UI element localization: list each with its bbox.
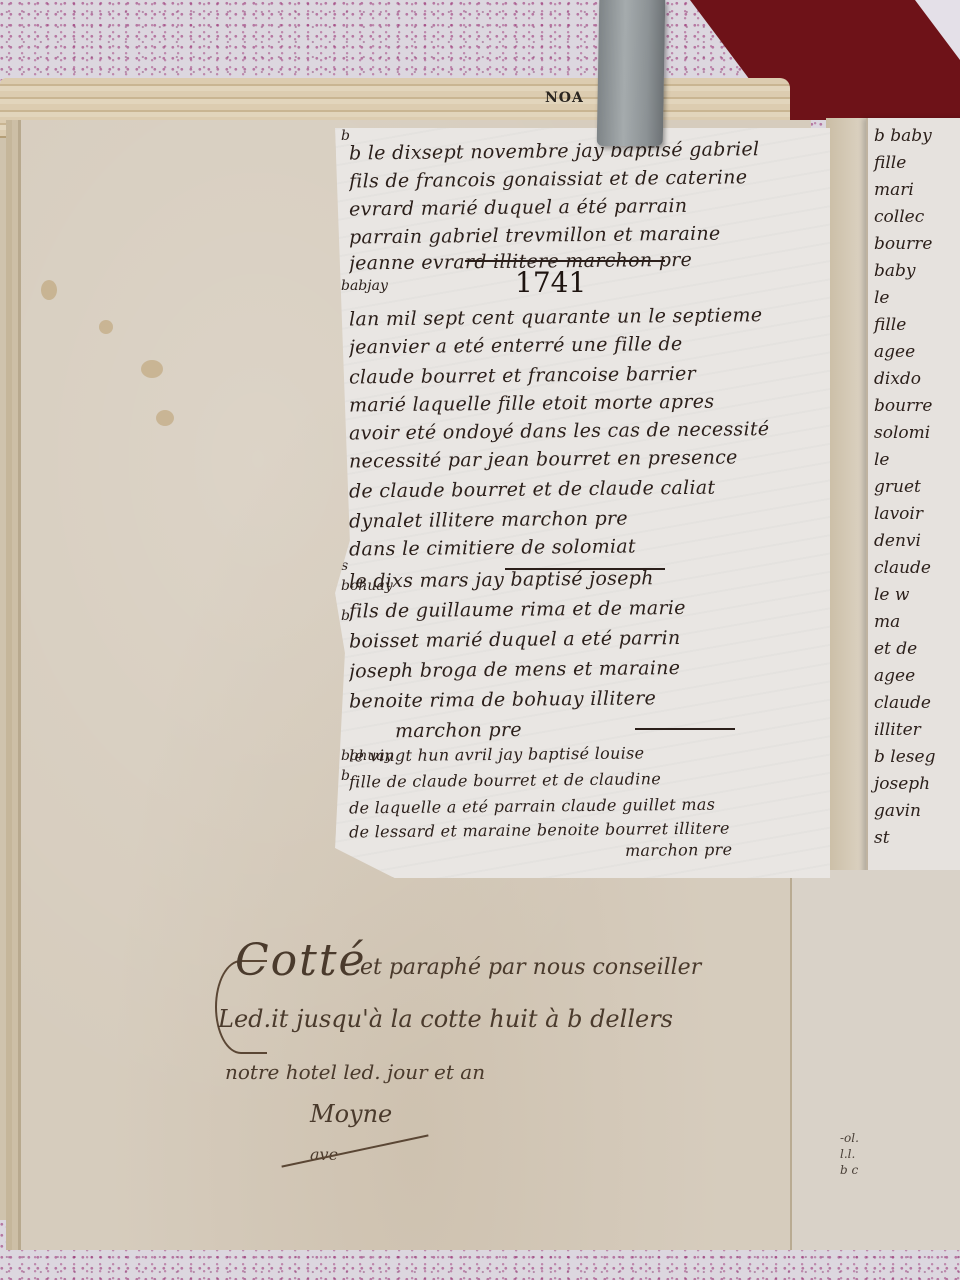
slip-text-line: necessité par jean bourret en presence <box>349 446 820 473</box>
right-page-line: mari <box>874 180 914 200</box>
slip-text-line: marié laquelle fille etoit morte apres <box>349 390 820 417</box>
slip-text-line: dans le cimitiere de solomiat <box>349 534 820 561</box>
pencil-note: b c <box>840 1162 859 1178</box>
right-page-line: illiter <box>874 720 921 740</box>
right-page-line: agee <box>874 342 915 362</box>
slip-text-line: le dixs mars jay baptisé joseph <box>349 566 820 593</box>
pencil-note: l.l. <box>840 1146 859 1162</box>
right-page-line: bourre <box>874 396 932 416</box>
slip-text-line: fils de guillaume rima et de marie <box>349 596 820 623</box>
right-page-line: baby <box>874 261 916 281</box>
slip-text-line: de lessard et maraine benoite bourret il… <box>349 818 820 842</box>
right-page-line: b baby <box>874 126 932 146</box>
note-title: Cotté <box>235 935 367 986</box>
stain <box>141 360 163 378</box>
stain <box>156 410 174 426</box>
pencil-notes: -ol. l.l. b c <box>840 1130 859 1178</box>
right-page-fragment: b babyfillemaricollecbourrebabylefilleag… <box>866 118 960 878</box>
pencil-note: -ol. <box>840 1130 859 1146</box>
right-page-line: le w <box>874 585 909 605</box>
metal-clip <box>597 0 666 146</box>
slip-text-line: lan mil sept cent quarante un le septiem… <box>349 304 820 331</box>
right-page-line: le <box>874 450 890 470</box>
margin-note: b <box>341 128 350 144</box>
right-page-line: claude <box>874 558 931 578</box>
note-line: Led.it jusqu'à la cotte huit à b dellers <box>218 1005 673 1033</box>
right-page-line: b leseg <box>874 747 935 767</box>
right-page-line: gavin <box>874 801 921 821</box>
slip-text-line: jeanne evrard illitere marchon pre <box>349 248 820 275</box>
slip-text-line: marchon pre <box>395 716 820 742</box>
signature: Moyne <box>310 1100 392 1128</box>
slip-text-line: de laquelle a eté parrain claude guillet… <box>349 794 820 818</box>
note-line: et paraphé par nous conseiller <box>360 955 701 980</box>
margin-note: b <box>341 608 350 624</box>
handwritten-slip: 1741 b le dixsept novembre jay baptisé g… <box>335 128 830 878</box>
slip-text-line: de claude bourret et de claude caliat <box>349 476 820 503</box>
right-page-line: agee <box>874 666 915 686</box>
right-page-line: le <box>874 288 890 308</box>
note-line: notre hotel led. jour et an <box>225 1060 485 1084</box>
right-page-line: joseph <box>874 774 930 794</box>
right-page-line: claude <box>874 693 931 713</box>
slip-text-line: fille de claude bourret et de claudine <box>349 768 820 792</box>
slip-text-line: le vingt hun avril jay baptisé louise <box>349 742 820 766</box>
slip-text-line: benoite rima de bohuay illitere <box>349 686 820 713</box>
right-page-line: solomi <box>874 423 930 443</box>
slip-text-line: dynalet illitere marchon pre <box>349 506 820 533</box>
right-page-line: et de <box>874 639 917 659</box>
right-page-line: denvi <box>874 531 921 551</box>
slip-text-line: jeanvier a eté enterré une fille de <box>349 332 820 359</box>
slip-text-line: joseph broga de mens et maraine <box>349 656 820 683</box>
right-page-line: fille <box>874 153 906 173</box>
margin-note: b <box>341 768 350 784</box>
margin-note: babjay <box>341 278 388 294</box>
slip-text-line: claude bourret et francoise barrier <box>349 362 820 389</box>
slip-text-line: evrard marié duquel a été parrain <box>349 194 820 221</box>
binding-gutter <box>826 118 866 888</box>
right-page-line: bourre <box>874 234 932 254</box>
right-page-line: st <box>874 828 890 848</box>
margin-note: bohuay <box>341 578 393 594</box>
right-page-line: dixdo <box>874 369 921 389</box>
right-page-line: fille <box>874 315 906 335</box>
right-page-line: collec <box>874 207 924 227</box>
stain <box>41 280 57 300</box>
right-page-line: ma <box>874 612 900 632</box>
slip-text-line: boisset marié duquel a eté parrin <box>349 626 820 653</box>
slip-text-line: fils de francois gonaissiat et de cateri… <box>349 166 820 193</box>
right-page-line: lavoir <box>874 504 923 524</box>
slip-text-line: avoir eté ondoyé dans les cas de necessi… <box>349 418 820 445</box>
right-page-line: gruet <box>874 477 921 497</box>
right-lower-page <box>790 870 960 1250</box>
margin-note: bohuay <box>341 748 393 764</box>
stain <box>99 320 113 334</box>
slip-text-line: marchon pre <box>625 839 820 860</box>
stack-label: NOA <box>545 90 584 106</box>
slip-text-line: parrain gabriel trevmillon et maraine <box>349 222 820 249</box>
slip-text-line: b le dixsept novembre jay baptisé gabrie… <box>349 138 820 165</box>
